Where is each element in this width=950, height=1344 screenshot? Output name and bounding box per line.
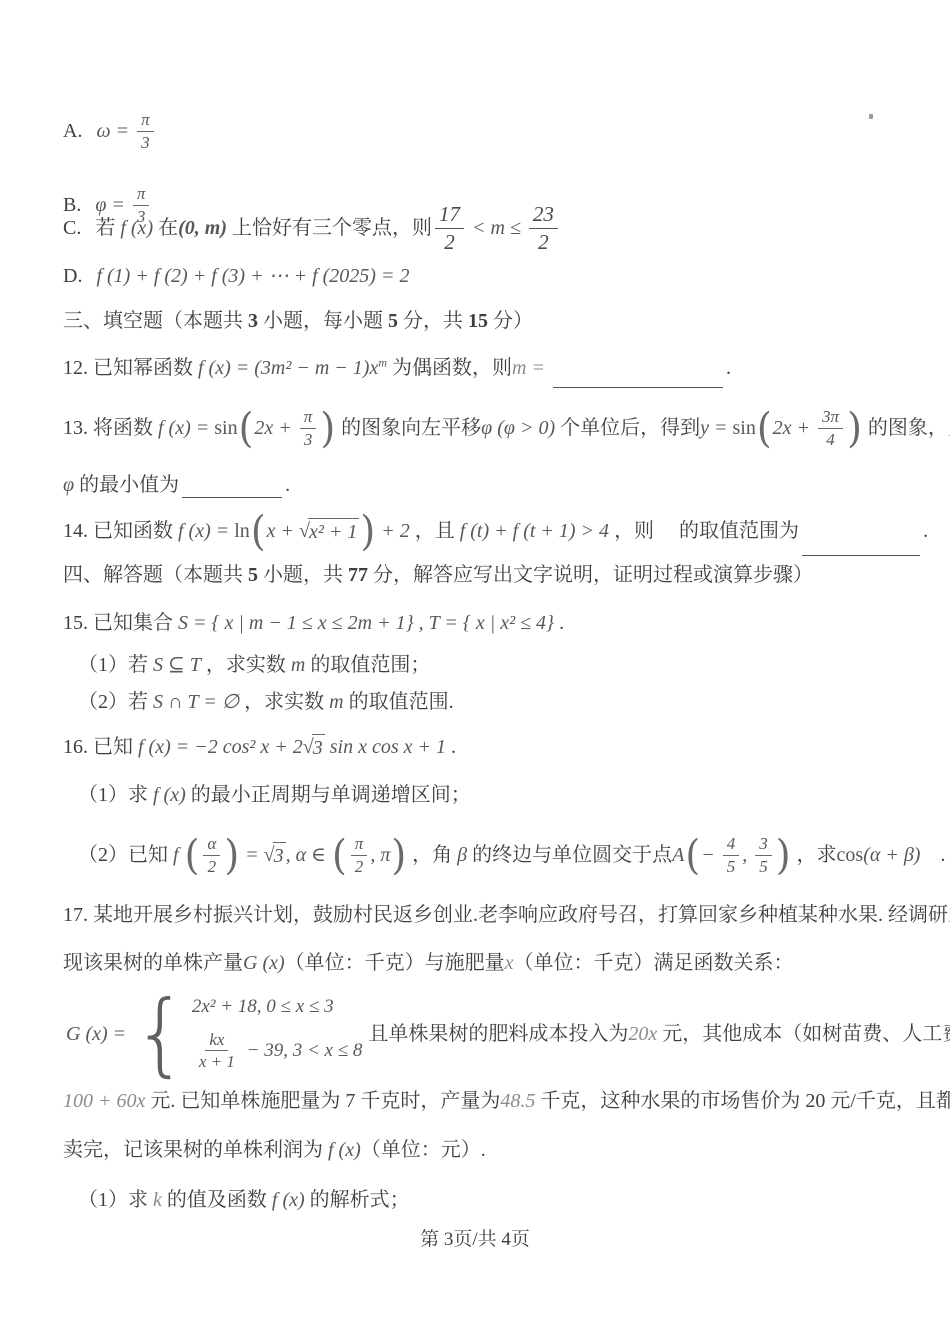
math: f (x) = (3m² − m − 1)xm [198,355,387,381]
text: 元，其他成本（如树苗费、人工费等） [657,1021,950,1047]
math: − [701,842,720,868]
text: 现该果树的单株产量 [63,950,243,976]
page-footer: 第 3页/共 4页 [0,1224,950,1251]
math: 2x + [773,415,815,441]
math: x + [267,518,299,544]
text: ，角 [407,842,457,868]
left-paren: ( [251,514,266,549]
right-paren: ) [776,838,791,873]
text: （2）已知 [78,842,173,868]
text: （1）求 [78,1187,153,1213]
choice-c-label: C. [63,215,81,241]
piecewise-row2: kxx + 1 − 39, 3 < x ≤ 8 [192,1029,363,1073]
fraction: 35 [755,833,772,877]
text: 三、填空题（本题共 [63,308,248,334]
choice-d-label: D. [63,263,82,289]
text: 已知 [93,734,138,760]
math: f (1) + f (2) + f (3) + ⋯ + f (2025) = 2 [96,263,409,289]
text: 已知函数 [93,518,178,544]
sqrt: √x² + 1 [299,518,359,545]
math: k [153,1187,162,1213]
text: 且单株果树的肥料成本投入为 [368,1021,628,1047]
text: . [285,472,290,498]
choice-a: A. ω = π3 [63,100,932,162]
left-paren: ( [239,411,254,446]
piecewise-brace: { [133,997,188,1071]
math: A [672,842,684,868]
text: （单位：元）. [361,1137,486,1163]
text: ，求实数 [239,689,329,715]
math: f (x) = [158,415,214,441]
math: 100 + 60x [63,1088,145,1114]
left-paren: ( [185,838,200,873]
text: 已知集合 [93,610,178,636]
question-17: 17. 某地开展乡村振兴计划，鼓励村民返乡创业.老李响应政府号召，打算回家乡种植… [63,901,932,929]
left-paren: ( [332,838,347,873]
text: 的图象，则 [863,415,950,441]
fraction: 3π4 [818,406,843,450]
text: 四、解答题（本题共 [63,562,248,588]
text: 小题，共 [258,562,348,588]
math: β [457,842,467,868]
text: 的取值范围. [344,689,454,715]
piecewise-row1: 2x² + 18, 0 ≤ x ≤ 3 [192,995,363,1020]
right-paren: ) [360,514,375,549]
choice-a-label: A. [63,118,82,144]
text: 分，解答应写出文字说明，证明过程或演算步骤） [368,562,813,588]
text: ，且 [410,518,460,544]
math: f (x) [153,782,186,808]
text: 若 [95,215,120,241]
question-16-part2: （2）已知 f ( α2 ) = √3 , α ∈ ( π2 , π ) ，角 … [78,822,932,888]
text: 的最小值为 [74,472,179,498]
math: f (x) [272,1187,305,1213]
math: m = [512,355,550,381]
text: 为偶函数，则 [387,355,512,381]
fraction: π2 [351,833,368,877]
math: + 2 [376,518,410,544]
math: sin x cos x + 1 [325,734,446,760]
count: 3 [248,308,258,334]
choice-c: C. 若 f (x) 在 (0, m) 上恰好有三个零点，则 172 < m ≤… [63,198,932,258]
piecewise-rows: 2x² + 18, 0 ≤ x ≤ 3 kxx + 1 − 39, 3 < x … [192,995,363,1072]
question-14: 14. 已知函数 f (x) = ln ( x + √x² + 1 ) + 2 … [63,504,932,558]
text: 已知幂函数 [93,355,198,381]
text: 上恰好有三个零点，则 [227,215,432,241]
math: f (x) = [178,518,234,544]
exam-page: { "sym": { "radical": "√", "lparen": "("… [0,0,950,1344]
text: （1）若 [78,652,153,678]
right-paren: ) [847,411,862,446]
text: 某地开展乡村振兴计划，鼓励村民返乡创业.老李响应政府号召，打算回家乡种植某种水果… [93,902,950,928]
right-paren: ) [224,838,239,873]
math: y = [700,415,732,441]
section4-heading: 四、解答题（本题共 5 小题，共 77 分，解答应写出文字说明，证明过程或演算步… [63,560,932,590]
question-17-part1: （1）求 k 的值及函数 f (x) 的解析式； [78,1178,932,1222]
math: 20x [628,1021,657,1047]
fraction: 45 [723,833,740,877]
question-number: 13. [63,415,93,441]
text: 的图象向左平移 [336,415,481,441]
fraction: π3 [300,406,317,450]
question-16: 16. 已知 f (x) = −2 cos² x + 2 √3 sin x co… [63,726,932,768]
math: m [291,652,305,678]
choice-d: D. f (1) + f (2) + f (3) + ⋯ + f (2025) … [63,260,932,292]
question-number: 17. [63,902,93,928]
text: . [923,518,928,544]
question-17-piecewise: G (x) = { 2x² + 18, 0 ≤ x ≤ 3 kxx + 1 − … [66,986,932,1082]
points-each: 5 [388,308,398,334]
math: S = { x | m − 1 ≤ x ≤ 2m + 1} , T = { x … [178,610,554,636]
function-name: sin [732,415,755,441]
question-number: 12. [63,355,93,381]
fraction: π3 [137,109,154,153]
text: ，则 的取值范围为 [609,518,799,544]
fraction: kxx + 1 [195,1029,239,1073]
text: 的最小正周期与单调递增区间； [186,782,471,808]
text: ，求实数 [201,652,291,678]
math: 2x + [254,415,296,441]
text: . [920,842,945,868]
math: S ⊆ T [153,652,201,678]
text: 将函数 [93,415,158,441]
text: 元. 已知单株施肥量为 7 千克时，产量为 [145,1088,500,1114]
math: S ∩ T = ∅ [153,689,239,715]
text: ，求 [792,842,837,868]
sqrt: √3 [303,734,325,761]
text: . [726,355,731,381]
question-17-line3: 100 + 60x 元. 已知单株施肥量为 7 千克时，产量为 48.5 千克，… [63,1084,932,1118]
question-16-part1: （1）求 f (x) 的最小正周期与单调递增区间； [78,780,932,810]
text: 的值及函数 [162,1187,272,1213]
math: φ (φ > 0) [481,415,555,441]
answer-blank [182,476,282,498]
text: 个单位后，得到 [555,415,700,441]
math: 48.5 [500,1088,535,1114]
right-paren: ) [391,838,406,873]
function-name: cos [837,842,864,868]
math: f [173,842,184,868]
math: , [742,842,752,868]
math: m [329,689,343,715]
choice-a-expr: ω = [96,118,134,144]
math: , α ∈ [286,842,331,868]
right-paren: ) [320,411,335,446]
math: G (x) = [66,1021,131,1047]
question-15-part1: （1）若 S ⊆ T ，求实数 m 的取值范围； [78,650,932,680]
question-12: 12. 已知幂函数 f (x) = (3m² − m − 1)xm 为偶函数，则… [63,346,932,390]
question-13-line2: φ 的最小值为 . [63,470,932,500]
text: 的解析式； [305,1187,410,1213]
points-total: 15 [468,308,488,334]
text: 小题，每小题 [258,308,388,334]
question-15: 15. 已知集合 S = { x | m − 1 ≤ x ≤ 2m + 1} ,… [63,600,932,646]
function-name: sin [214,415,237,441]
text: （2）若 [78,689,153,715]
math: f (t) + f (t + 1) > 4 [460,518,609,544]
text: （1）求 [78,782,153,808]
fraction: α2 [203,833,220,877]
math: G (x) [243,950,285,976]
text: 千克，这种水果的市场售价为 20 元/千克，且都能 [535,1088,950,1114]
left-paren: ( [685,838,700,873]
question-15-part2: （2）若 S ∩ T = ∅ ，求实数 m 的取值范围. [78,686,932,718]
text: 分，共 [398,308,468,334]
question-17-line2: 现该果树的单株产量 G (x) （单位：千克）与施肥量 x （单位：千克）满足函… [63,938,932,988]
section3-heading: 三、填空题（本题共 3 小题，每小题 5 分，共 15 分） [63,306,932,336]
question-13: 13. 将函数 f (x) = sin ( 2x + π3 ) 的图象向左平移 … [63,396,932,460]
math-interval: (0, m) [178,215,227,241]
text: 的终边与单位圆交于点 [467,842,672,868]
text: （单位：千克）与施肥量 [285,950,505,976]
fraction: 172 [435,201,464,255]
answer-blank [802,534,920,556]
math: φ [63,472,74,498]
text: . [446,734,456,760]
left-paren: ( [757,411,772,446]
question-17-line4: 卖完，记该果树的单株利润为 f (x) （单位：元）. [63,1128,932,1172]
question-number: 14. [63,518,93,544]
sqrt: √3 [264,842,286,869]
fraction: 232 [529,201,558,255]
points-total: 77 [348,562,368,588]
math: f (x) [328,1137,361,1163]
function-name: ln [234,518,250,544]
math: f (x) = −2 cos² x + 2 [138,734,303,760]
text: 在 [158,215,178,241]
math: x [505,950,514,976]
question-number: 16. [63,734,93,760]
text: 的取值范围； [305,652,430,678]
text: （单位：千克）满足函数关系： [514,950,794,976]
math: , π [370,842,390,868]
question-number: 15. [63,610,93,636]
text: 卖完，记该果树的单株利润为 [63,1137,328,1163]
scan-artifact-dot [869,114,873,119]
text: . [554,610,564,636]
text: 分） [488,308,533,334]
math: (α + β) [863,842,920,868]
math: < m ≤ [467,215,526,241]
math: f (x) [120,215,158,241]
math: = [240,842,264,868]
count: 5 [248,562,258,588]
answer-blank [553,366,723,388]
